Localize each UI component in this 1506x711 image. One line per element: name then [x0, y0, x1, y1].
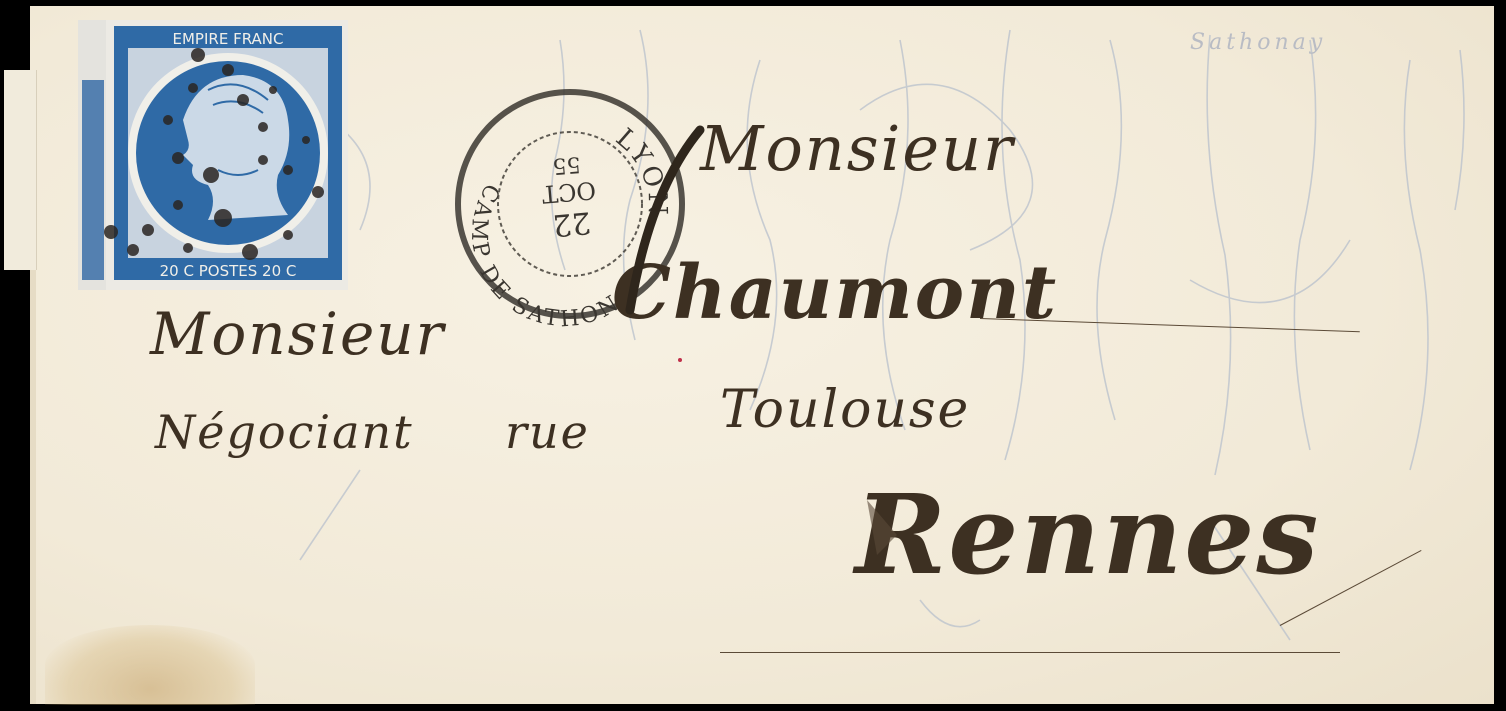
- address-street: Toulouse: [720, 380, 970, 440]
- address-occupation: Négociant: [155, 405, 414, 459]
- address-city: Rennes: [855, 470, 1320, 599]
- postage-stamp: EMPIRE FRANC 20 C POSTES 20 C: [78, 20, 348, 290]
- paper-edge: [30, 270, 36, 704]
- ink-blot-stroke: [600, 120, 720, 380]
- red-ink-dot: [678, 358, 682, 362]
- stamp-top-text: EMPIRE FRANC: [173, 30, 284, 48]
- address-street-prefix: rue: [505, 405, 590, 459]
- stamp-bottom-text: 20 C POSTES 20 C: [160, 262, 297, 280]
- postmark-month: OCT: [541, 176, 597, 209]
- city-underline: [720, 652, 1340, 653]
- water-stain: [45, 625, 255, 705]
- postmark-year: 55: [552, 151, 582, 178]
- address-salutation-1: Monsieur: [700, 112, 1015, 185]
- ink-smudge: [862, 495, 902, 565]
- fold-flap: [4, 70, 37, 270]
- postmark-day: 22: [551, 204, 592, 242]
- address-salutation-2: Monsieur: [150, 300, 445, 368]
- faint-corner-text: Sathonay: [1190, 30, 1326, 55]
